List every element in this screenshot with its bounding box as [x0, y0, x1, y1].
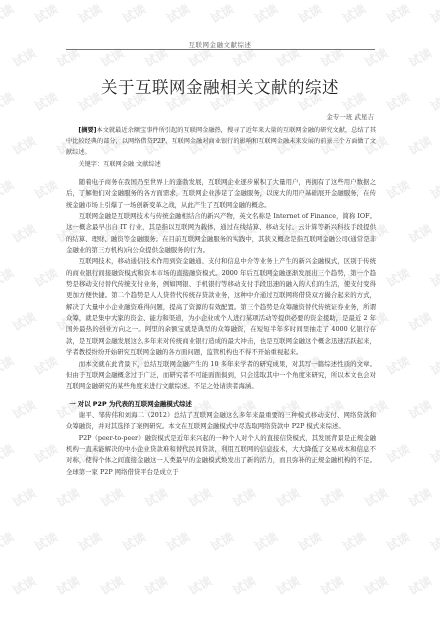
- abstract-text: 本文就最近余额宝事件所引起的互联网金融热，搜寻了近年来大量的互联网金融的研究文献…: [66, 127, 376, 156]
- keywords-label: 关键字：: [78, 161, 103, 168]
- abstract-label: [摘要]: [78, 127, 96, 134]
- abstract-block: [摘要]本文就最近余额宝事件所引起的互联网金融热，搜寻了近年来大量的互联网金融的…: [66, 125, 376, 170]
- paragraph: 互联网技术，移动通信技术作用到资金融通、支付和信息中介等业务上产生的新兴金融模式…: [66, 256, 376, 358]
- paragraph: 谢平、邹传伟和刘海二（2012）总结了互联网金融这么多年来最重要的三种模式移动支…: [66, 410, 376, 433]
- document-title: 关于互联网金融相关文献的综述: [0, 74, 440, 98]
- abstract-paragraph: [摘要]本文就最近余额宝事件所引起的互联网金融热，搜寻了近年来大量的互联网金融的…: [66, 125, 376, 159]
- running-header: 互联网金融文献综述: [0, 40, 440, 49]
- section-heading: 一 对以 P2P 为代表的互联网金融模式综述: [66, 399, 376, 410]
- introduction-body: 随着电子商务在我国乃至世界上的蓬勃发展，互联网企业逐步累积了大量用户，再拥有了这…: [66, 177, 376, 478]
- author-line: 金专一班 武星吉: [326, 112, 374, 121]
- document-page: 互联网金融文献综述 关于互联网金融相关文献的综述 金专一班 武星吉 [摘要]本文…: [0, 0, 440, 620]
- paragraph: 随着电子商务在我国乃至世界上的蓬勃发展，互联网企业逐步累积了大量用户，再拥有了这…: [66, 177, 376, 211]
- header-rule: [66, 49, 375, 50]
- paragraph: P2P（peer-to-peer）融资模式是近年来兴起的一种个人对个人的直接信贷…: [66, 433, 376, 478]
- paragraph: 而本文就在此背景下，总结互联网金融产生的 10 多年来学者的研究成果，对其写一篇…: [66, 359, 376, 393]
- keywords-line: 关键字：互联网金融 文献综述: [66, 159, 376, 170]
- paragraph: 互联网金融是互联网技术与传统金融相结合的新兴产物，英文名称是 Internet …: [66, 211, 376, 256]
- keywords-text: 互联网金融 文献综述: [103, 161, 161, 168]
